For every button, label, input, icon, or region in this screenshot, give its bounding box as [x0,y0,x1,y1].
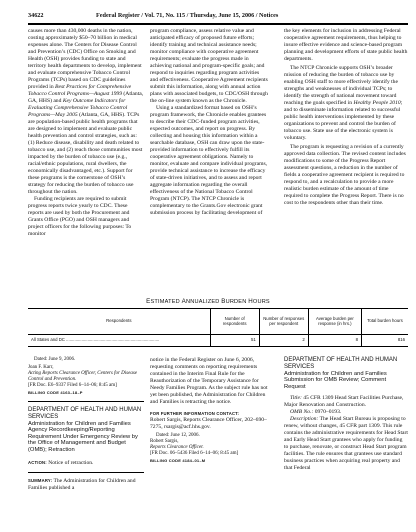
cell-responses-per: 2 [259,335,308,347]
title-label: Title: [290,395,302,401]
billing-code: BILLING CODE 4163–18–P [28,389,144,396]
contact-text: Robert Sargis, Reports Clearance Officer… [150,417,268,431]
table-header-row: Respondents Number of respondents Number… [28,309,408,335]
table-row: All States and DC ......................… [28,335,408,347]
paragraph: The program is requesting a revision of … [284,144,408,207]
cell-respondents: All States and DC ......................… [28,335,210,347]
column-header: Number of responses per respondent [259,309,308,335]
agency-heading: Administration for Children and Families [28,421,144,428]
bottom-column-2: notice in the Federal Register on June 6… [150,357,268,464]
document-title: Agency Recordkeeping/Reporting Requireme… [28,427,144,453]
description-text: The Head Start Bureau is proposing to re… [284,416,408,471]
table-title: ESTIMATED ANNUALIZED BURDEN HOURS [0,298,416,305]
omb-line: OMB No.: 0970–0193. [284,409,408,416]
agency-heading: Administration for Children and Families [284,371,408,378]
contact-label: FOR FURTHER INFORMATION CONTACT: [150,410,268,417]
citation-title: Healthy People 2010 [353,100,400,106]
divider [28,401,144,402]
burden-table: Respondents Number of respondents Number… [28,308,408,347]
title-text: URDEN [226,299,249,305]
text: causes more than 430,000 deaths in the n… [28,28,142,90]
top-column-2: program compliance, assess relative valu… [150,28,268,217]
title-line: Title: 45 CFR 1309 Head Start Facilities… [284,395,408,409]
text: ; and to disseminate information related… [284,100,402,141]
column-header: Respondents [28,309,210,335]
top-column-3: the key elements for inclusion in addres… [284,28,408,207]
description-label: Description: [290,416,318,422]
title-text: OURS [253,299,270,305]
bottom-column-1: Dated: June 9, 2006. Joan F. Karr, Actin… [28,357,144,492]
paragraph: program compliance, assess relative valu… [150,28,268,105]
page-header: 34622 Federal Register / Vol. 71, No. 11… [0,0,416,24]
cell-avg-burden: 8 [308,335,361,347]
omb-text: 0970–0193. [313,409,341,415]
column-header: Number of respondents [210,309,259,335]
billing-code: BILLING CODE 4184–01–M [150,457,268,464]
paragraph: Using a standardized format based on OSH… [150,105,268,217]
paragraph: The NTCP Chronicle supports OSH’s broade… [284,65,408,142]
summary-line: SUMMARY: The Administration for Children… [28,477,144,492]
paragraph: Funding recipients are required to submi… [28,196,144,238]
column-header: Average burden per response (in hrs.) [308,309,361,335]
department-heading: DEPARTMENT OF HEALTH AND HUMAN SERVICES [28,407,144,421]
summary-label: SUMMARY: [28,478,52,483]
cell-total: 816 [362,335,408,347]
title-text: NNUALIZED [186,299,221,305]
cell-num-respondents: 51 [210,335,259,347]
signer-title: Acting Reports Clearance Officer, Center… [28,371,144,383]
column-header: Total burden hours [362,309,408,335]
top-column-1: causes more than 430,000 deaths in the n… [28,28,144,238]
document-title: Submission for OMB Review; Comment Reque… [284,377,408,390]
paragraph: causes more than 430,000 deaths in the n… [28,28,144,196]
divider [28,472,144,473]
action-text: Notice of retraction. [47,460,94,466]
title-text: STIMATED [150,299,181,305]
header-rule [28,23,408,25]
action-label: ACTION: [28,460,47,465]
running-head: Federal Register / Vol. 71, No. 115 / Th… [96,12,278,19]
text: (Atlanta, GA, HHS). TCPs are population-… [28,112,142,195]
omb-label: OMB No.: [290,409,313,415]
title-text: 45 CFR 1309 Head Start Facilities Purcha… [284,395,403,408]
dated-line: Dated: June 9, 2006. [28,357,144,363]
description-line: Description: The Head Start Bureau is pr… [284,416,408,472]
paragraph: the key elements for inclusion in addres… [284,28,408,63]
paragraph: notice in the Federal Register on June 6… [150,357,268,406]
page-number: 34622 [28,12,43,19]
bottom-column-3: DEPARTMENT OF HEALTH AND HUMAN SERVICES … [284,357,408,472]
action-line: ACTION: Notice of retraction. [28,459,144,467]
department-heading: DEPARTMENT OF HEALTH AND HUMAN SERVICES [284,357,408,371]
